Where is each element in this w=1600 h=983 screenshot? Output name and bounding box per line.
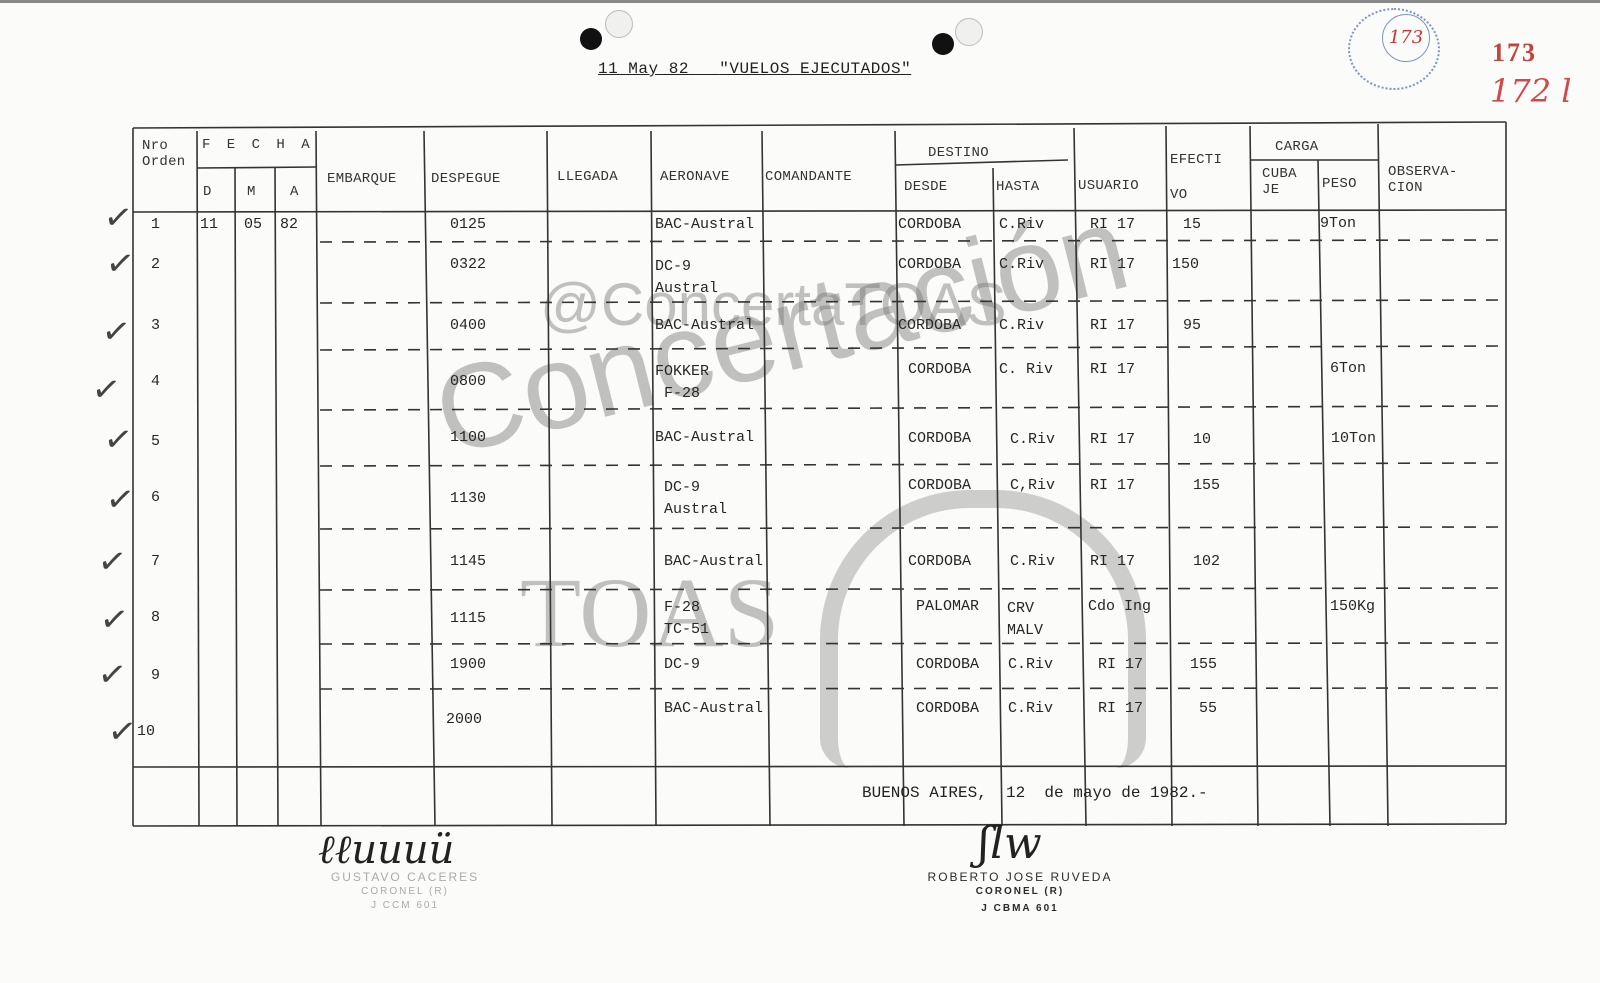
cell-efectivo: 15 [1183, 216, 1201, 233]
header-fecha-d: D [203, 184, 212, 200]
cell-desde: CORDOBA [898, 216, 961, 233]
header-efectivo: EFECTI VO [1170, 143, 1222, 213]
page-top-edge [0, 0, 1600, 3]
header-fecha: F E C H A [202, 137, 314, 153]
punch-hole [932, 33, 954, 55]
place-and-date: BUENOS AIRES, 12 de mayo de 1982.- [862, 784, 1208, 802]
cell-usuario: RI 17 [1098, 700, 1143, 717]
stamp-folio-number: 173 [1382, 14, 1430, 62]
check-mark-icon: ✓ [101, 196, 135, 240]
header-carga: CARGA [1275, 139, 1319, 155]
cell-despegue: 1100 [450, 429, 486, 446]
cell-efectivo: 10 [1193, 431, 1211, 448]
cell-hasta: CRV MALV [1007, 598, 1043, 642]
punch-hole [580, 28, 602, 50]
cell-despegue: 0125 [450, 216, 486, 233]
header-comandante: COMANDANTE [765, 169, 852, 185]
check-mark-icon: ✓ [97, 598, 131, 642]
header-desde: DESDE [904, 179, 948, 195]
cell-nro: 9 [151, 667, 160, 684]
cell-desde: CORDOBA [898, 317, 961, 334]
signature-left-name: GUSTAVO CACERES [300, 870, 510, 884]
document-title: 11 May 82 "VUELOS EJECUTADOS" [598, 60, 911, 78]
check-mark-icon: ✓ [95, 653, 129, 697]
header-peso: PESO [1322, 176, 1357, 192]
signature-left: ℓℓuuuü [318, 826, 454, 873]
cell-peso: 10Ton [1331, 430, 1376, 447]
cell-nro: 2 [151, 256, 160, 273]
cell-nro: 8 [151, 609, 160, 626]
header-despegue: DESPEGUE [431, 171, 501, 187]
cell-desde: PALOMAR [916, 598, 979, 615]
header-nro-orden: Nro Orden [142, 138, 186, 170]
cell-aeronave: F-28 TC-51 [664, 597, 709, 641]
check-mark-icon: ✓ [105, 710, 139, 754]
cell-hasta: C.Riv [999, 317, 1044, 334]
cell-hasta: C.Riv [1010, 431, 1055, 448]
cell-aeronave: BAC-Austral [655, 317, 754, 334]
cell-fecha-m: 05 [244, 216, 262, 233]
header-hasta: HASTA [996, 179, 1040, 195]
cell-hasta: C,Riv [1010, 477, 1055, 494]
cell-despegue: 1900 [450, 656, 486, 673]
cell-desde: CORDOBA [916, 656, 979, 673]
cell-hasta: C.Riv [1010, 553, 1055, 570]
header-llegada: LLEGADA [557, 169, 618, 185]
cell-despegue: 0800 [450, 373, 486, 390]
cell-despegue: 1130 [450, 490, 486, 507]
cell-efectivo: 150 [1172, 256, 1199, 273]
signature-left-unit: J CCM 601 [300, 900, 510, 911]
cell-usuario: RI 17 [1090, 477, 1135, 494]
cell-nro: 1 [151, 216, 160, 233]
cell-efectivo: 155 [1193, 477, 1220, 494]
cell-fecha-a: 82 [280, 216, 298, 233]
cell-despegue: 1115 [450, 610, 486, 627]
cell-peso: 150Kg [1330, 598, 1375, 615]
signature-left-rank: CORONEL (R) [300, 886, 510, 897]
header-fecha-m: M [247, 184, 256, 200]
cell-usuario: RI 17 [1090, 256, 1135, 273]
cell-usuario: RI 17 [1090, 216, 1135, 233]
cell-usuario: Cdo Ing [1088, 598, 1151, 615]
cell-nro: 3 [151, 317, 160, 334]
cell-despegue: 1145 [450, 553, 486, 570]
header-destino: DESTINO [928, 145, 989, 161]
header-fecha-a: A [290, 184, 299, 200]
cell-desde: CORDOBA [908, 553, 971, 570]
header-observacion: OBSERVA- CION [1388, 164, 1458, 196]
cell-hasta: C.Riv [999, 216, 1044, 233]
cell-aeronave: BAC-Austral [655, 216, 754, 233]
cell-fecha-d: 11 [200, 216, 218, 233]
header-embarque: EMBARQUE [327, 171, 397, 187]
cell-hasta: C. Riv [999, 361, 1053, 378]
signature-right-name: ROBERTO JOSE RUVEDA [915, 870, 1125, 884]
punch-hole-ghost [955, 18, 983, 46]
cell-nro: 4 [151, 373, 160, 390]
check-mark-icon: ✓ [101, 418, 135, 462]
cell-efectivo: 155 [1190, 656, 1217, 673]
cell-efectivo: 55 [1199, 700, 1217, 717]
cell-desde: CORDOBA [908, 430, 971, 447]
cell-aeronave: FOKKER F-28 [655, 361, 709, 405]
cell-desde: CORDOBA [908, 361, 971, 378]
cell-efectivo: 95 [1183, 317, 1201, 334]
cell-hasta: C.Riv [1008, 700, 1053, 717]
cell-peso: 9Ton [1320, 215, 1356, 232]
cell-nro: 6 [151, 489, 160, 506]
check-mark-icon: ✓ [103, 478, 137, 522]
cell-aeronave: DC-9 [664, 656, 700, 673]
cell-nro: 5 [151, 433, 160, 450]
folio-handwritten: 172 l [1490, 72, 1571, 110]
signature-right-rank: CORONEL (R) [915, 886, 1125, 897]
cell-peso: 6Ton [1330, 360, 1366, 377]
cell-usuario: RI 17 [1090, 361, 1135, 378]
cell-efectivo: 102 [1193, 553, 1220, 570]
cell-aeronave: BAC-Austral [664, 700, 763, 717]
cell-despegue: 0400 [450, 317, 486, 334]
watermark-helmet-icon [820, 490, 1146, 768]
cell-usuario: RI 17 [1090, 431, 1135, 448]
cell-nro: 10 [137, 723, 155, 740]
cell-usuario: RI 17 [1090, 553, 1135, 570]
cell-usuario: RI 17 [1098, 656, 1143, 673]
cell-aeronave: BAC-Austral [664, 553, 763, 570]
cell-desde: CORDOBA [908, 477, 971, 494]
cell-despegue: 0322 [450, 256, 486, 273]
watermark-toas: TOAS [520, 555, 779, 670]
cell-despegue: 2000 [446, 711, 482, 728]
cell-desde: CORDOBA [898, 256, 961, 273]
cell-desde: CORDOBA [916, 700, 979, 717]
folio-number: 173 [1492, 38, 1537, 68]
cell-usuario: RI 17 [1090, 317, 1135, 334]
cell-aeronave: DC-9 Austral [664, 477, 727, 521]
cell-aeronave: BAC-Austral [655, 429, 754, 446]
check-mark-icon: ✓ [99, 310, 133, 354]
check-mark-icon: ✓ [103, 242, 137, 286]
header-usuario: USUARIO [1078, 178, 1139, 194]
check-mark-icon: ✓ [95, 540, 129, 584]
check-mark-icon: ✓ [89, 368, 123, 412]
cell-aeronave: DC-9 Austral [655, 256, 718, 300]
signature-right: ʃlw [978, 818, 1042, 869]
header-aeronave: AERONAVE [660, 169, 730, 185]
cell-hasta: C.Riv [1008, 656, 1053, 673]
signature-right-unit: J CBMA 601 [915, 903, 1125, 914]
cell-nro: 7 [151, 553, 160, 570]
punch-hole-ghost [605, 10, 633, 38]
cell-hasta: C.Riv [999, 256, 1044, 273]
header-cubaje: CUBA JE [1262, 166, 1297, 198]
